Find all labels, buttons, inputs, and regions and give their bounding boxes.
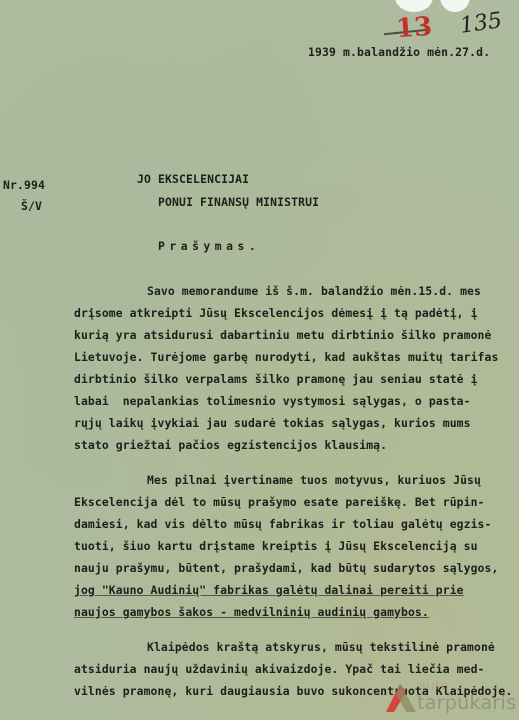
watermark-brand-text: tarpukaris xyxy=(417,692,516,714)
paper-tear-mark xyxy=(440,0,470,12)
paragraph-2: Mes pilnai įvertiname tuos motyvus, kuri… xyxy=(74,469,514,623)
document-title: Prašymas. xyxy=(158,239,260,253)
letter-body: Savo memorandume iš š.m. balandžio mėn.1… xyxy=(74,280,514,702)
text-line: tuoti, šiuo kartu drįstame kreiptis į Jū… xyxy=(74,535,514,557)
underlined-text-line: jog "Kauno Audinių" fabrikas galėtų dali… xyxy=(74,579,514,601)
document-date: 1939 m.balandžio mėn.27.d. xyxy=(308,45,490,59)
underlined-text-line: naujos gamybos šakos - medvilninių audin… xyxy=(74,601,514,623)
text-line: Savo memorandume iš š.m. balandžio mėn.1… xyxy=(74,280,514,302)
text-line: Lietuvoje. Turėjome garbę nurodyti, kad … xyxy=(74,346,514,368)
text-line: dirbtinio šilko verpalams šilko pramonę … xyxy=(74,368,514,390)
handwritten-red-number: 13 xyxy=(395,12,433,44)
text-line: Klaipėdos kraštą atskyrus, mūsų tekstili… xyxy=(74,636,514,658)
text-line: drįsome atkreipti Jūsų Ekscelencijos dėm… xyxy=(74,302,514,324)
text-line: damiesi, kad vis dėlto mūsų fabrikas ir … xyxy=(74,513,514,535)
text-line: kurią yra atsidurusi dabartiniu metu dir… xyxy=(74,324,514,346)
text-line: labai nepalankias tolimesnio vystymosi s… xyxy=(74,390,514,412)
text-line: Ekscelencija dėl to mūsų prašymo esate p… xyxy=(74,491,514,513)
text-line: stato griežtai pačios egzistencijos klau… xyxy=(74,434,514,456)
document-page: 13 135 1939 m.balandžio mėn.27.d. Nr.994… xyxy=(0,0,519,720)
paragraph-gap xyxy=(74,456,514,469)
addressee-line-2: PONUI FINANSŲ MINISTRUI xyxy=(158,195,319,209)
paragraph-1: Savo memorandume iš š.m. balandžio mėn.1… xyxy=(74,280,514,456)
handwritten-page-number: 135 xyxy=(458,8,503,39)
text-line: rųjų laikų įvykiai jau sudarė tokias sąl… xyxy=(74,412,514,434)
reference-code: Š/V xyxy=(21,199,42,213)
reference-number: Nr.994 xyxy=(3,178,45,192)
paper-tear-mark xyxy=(395,0,433,12)
triangle-logo-icon xyxy=(384,682,418,712)
paragraph-gap xyxy=(74,623,514,636)
text-line: atsiduria naujų uždavinių akivaizdoje. Y… xyxy=(74,658,514,680)
text-line: nauju prašymu, būtent, prašydami, kad bū… xyxy=(74,557,514,579)
addressee-line-1: JO EKSCELENCIJAI xyxy=(137,172,249,186)
watermark-logo: auto tarpukaris xyxy=(384,682,519,720)
text-line: Mes pilnai įvertiname tuos motyvus, kuri… xyxy=(74,469,514,491)
